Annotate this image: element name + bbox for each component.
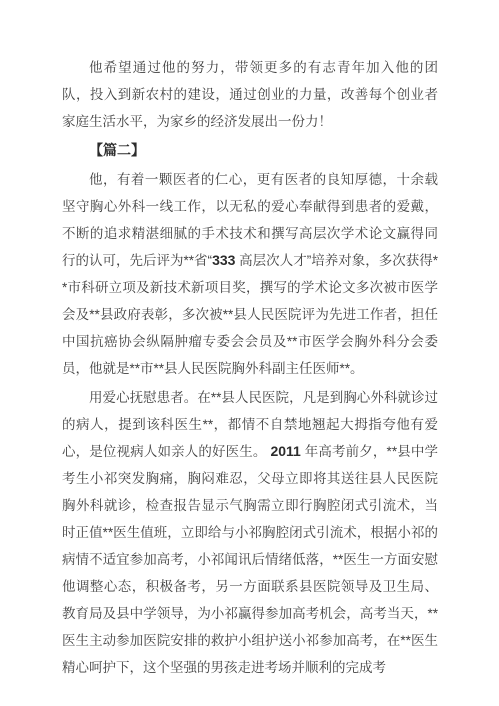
text-segment: 他希望通过他的努力，带领更多的有志青年加入他的团队，投入到新农村的建设，通过创业… [62, 60, 438, 129]
emphasized-text: 2011 [270, 443, 300, 459]
text-segment: 年高考前夕，**县中学考生小祁突发胸痛，胸闷难忍，父母立即将其送往县人民医院胸外… [62, 444, 438, 675]
emphasized-text: 【篇二】 [89, 142, 145, 158]
paragraph-patient-story: 用爱心抚慰患者。在**县人民医院，凡是到胸心外科就诊过的病人，提到该科医生**，… [62, 384, 438, 681]
paragraph-closing-pian1: 他希望通过他的努力，带领更多的有志青年加入他的团队，投入到新农村的建设，通过创业… [62, 54, 438, 135]
text-segment: 高层次人才”培养对象，多次获得**市科研立项及新技术新项目奖，撰写的学术论文多次… [62, 253, 438, 376]
section-heading-pian2: 【篇二】 [62, 137, 438, 164]
document-body: 他希望通过他的努力，带领更多的有志青年加入他的团队，投入到新农村的建设，通过创业… [62, 54, 438, 681]
paragraph-doctor-intro: 他，有着一颗医者的仁心，更有医者的良知厚德，十余载坚守胸心外科一线工作，以无私的… [62, 166, 438, 382]
document-page: 他希望通过他的努力，带领更多的有志青年加入他的团队，投入到新农村的建设，通过创业… [0, 0, 499, 706]
emphasized-text: 333 [212, 252, 235, 268]
